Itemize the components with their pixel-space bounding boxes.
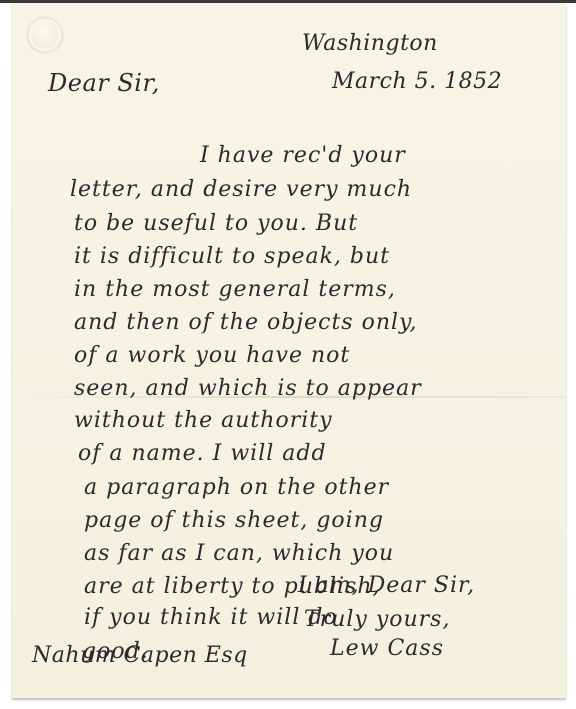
- body-line: in the most general terms,: [74, 277, 396, 302]
- body-line: it is difficult to speak, but: [74, 244, 390, 269]
- body-line: seen, and which is to appear: [74, 376, 422, 401]
- signature: Lew Cass: [330, 636, 444, 661]
- body-line: I have rec'd your: [200, 143, 406, 168]
- closing-line: Truly yours,: [304, 607, 450, 632]
- body-line: if you think it will do: [84, 605, 338, 630]
- embossed-seal-icon: [26, 16, 64, 54]
- body-line: as far as I can, which you: [84, 541, 394, 566]
- closing-line: I am, Dear Sir,: [298, 573, 475, 598]
- scanned-letter: Washington March 5. 1852 Dear Sir, I hav…: [0, 0, 576, 709]
- body-line: a paragraph on the other: [84, 475, 389, 500]
- body-line: and then of the objects only,: [74, 310, 418, 335]
- letter-place: Washington: [302, 31, 438, 56]
- letter-date: March 5. 1852: [332, 69, 502, 94]
- body-line: letter, and desire very much: [70, 177, 412, 202]
- addressee: Nahum Capen Esq: [32, 643, 248, 668]
- body-line: page of this sheet, going: [84, 508, 384, 533]
- letter-paper: Washington March 5. 1852 Dear Sir, I hav…: [12, 3, 566, 698]
- body-line: of a work you have not: [74, 343, 350, 368]
- letter-salutation: Dear Sir,: [48, 69, 160, 97]
- body-line: to be useful to you. But: [74, 211, 358, 236]
- body-line: of a name. I will add: [78, 441, 327, 466]
- body-line: without the authority: [74, 408, 333, 433]
